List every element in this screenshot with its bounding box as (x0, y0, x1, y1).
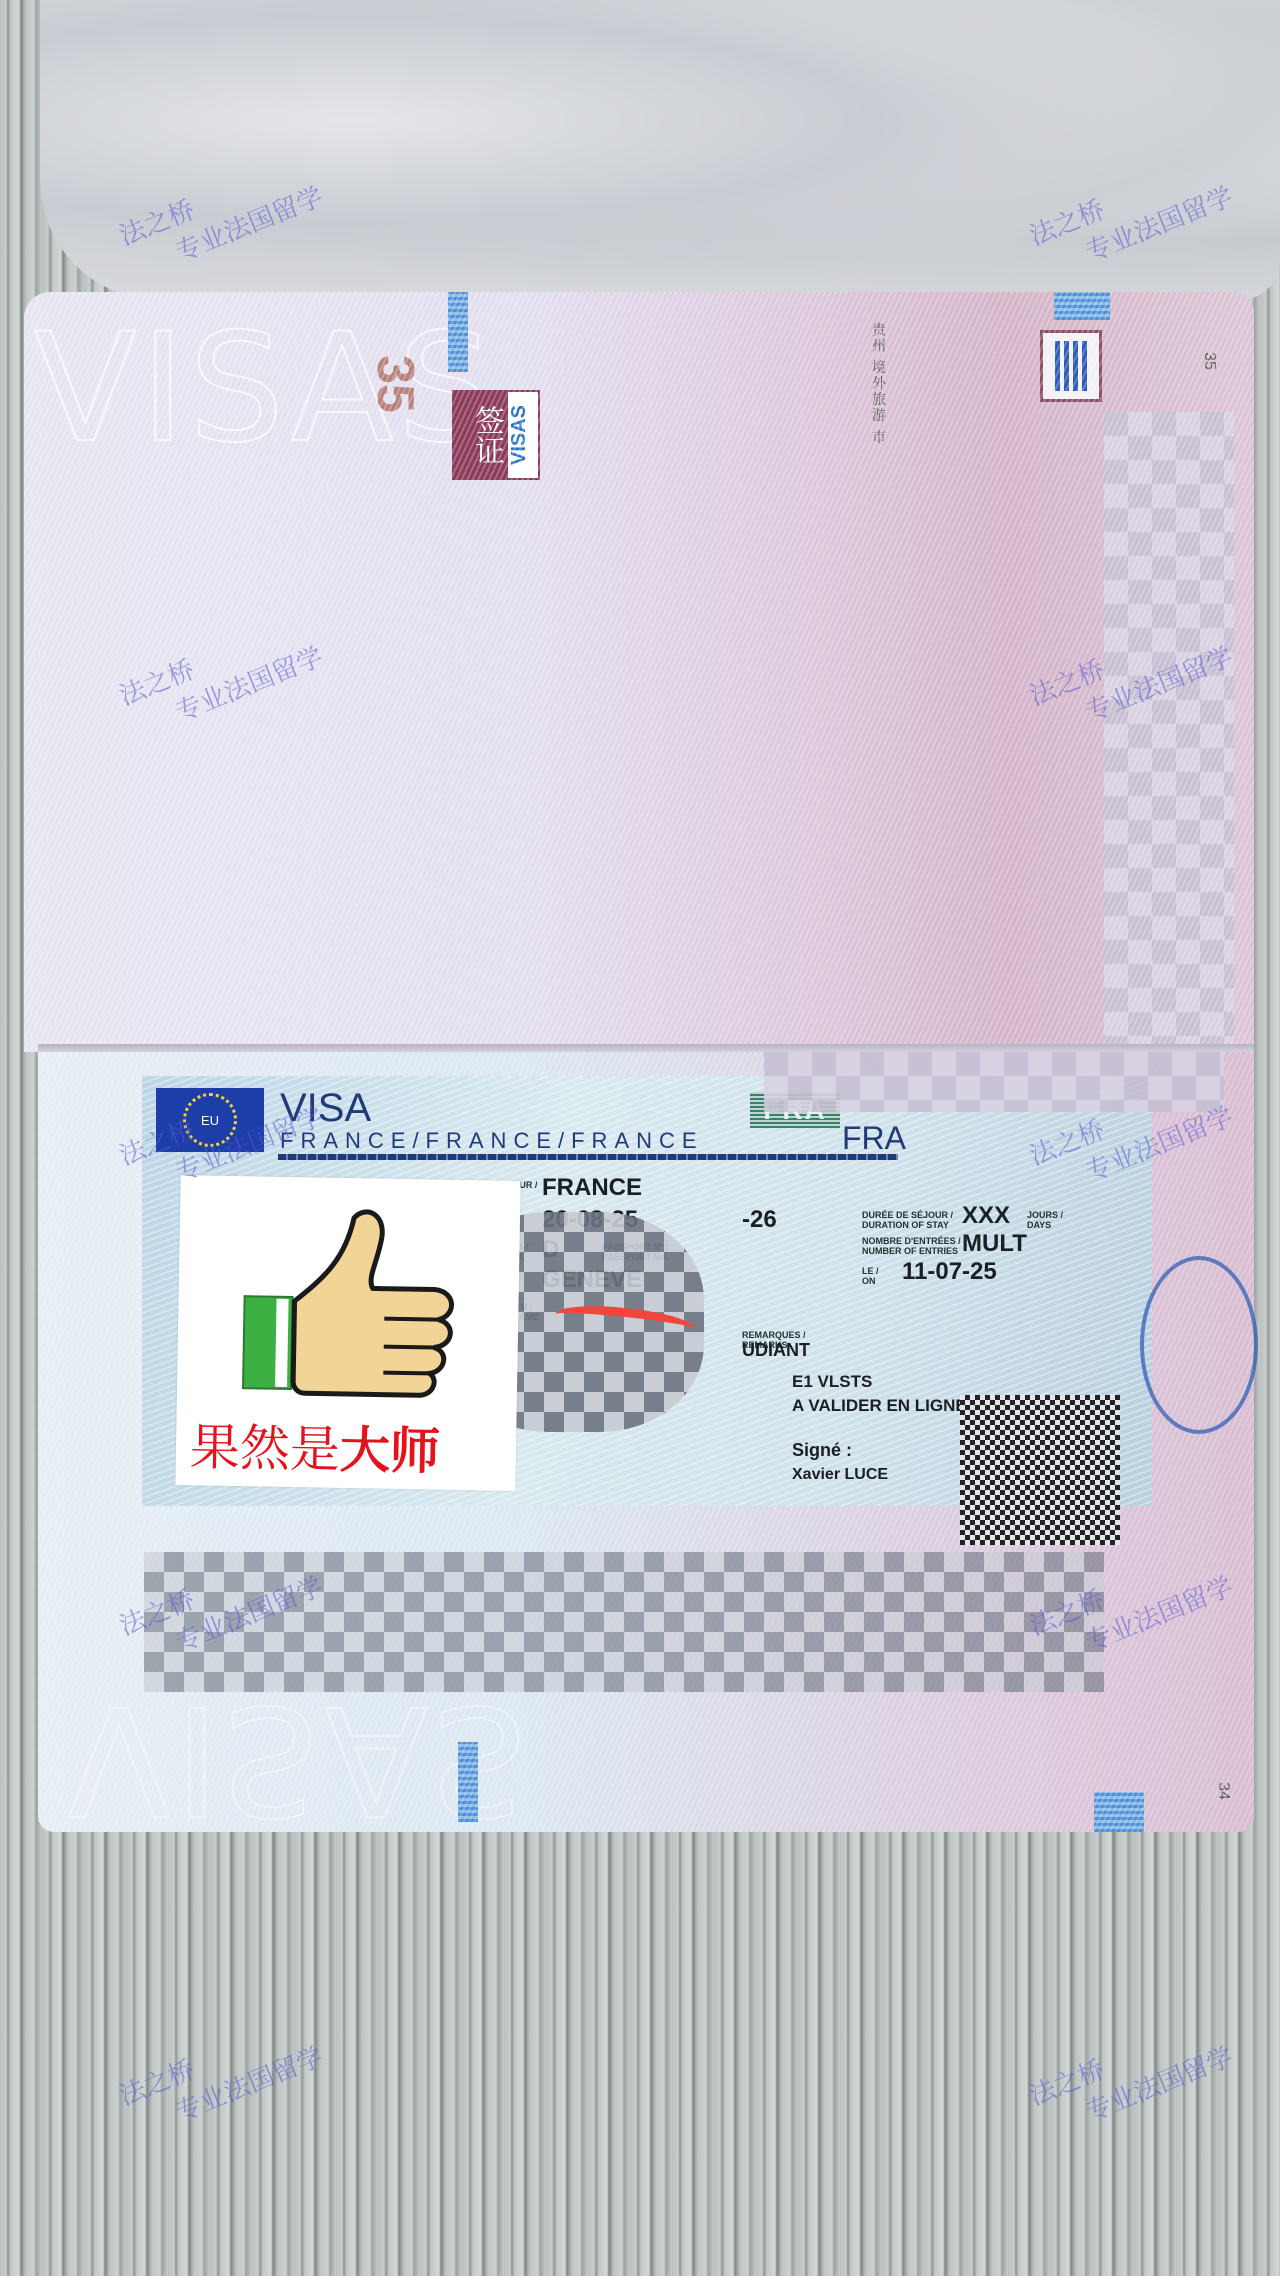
page-number-large: 35 (365, 355, 425, 413)
badge-en: VISAS (508, 392, 538, 478)
background-visas-text: VISAS (68, 1672, 531, 1832)
entries-value: MULT (962, 1230, 1027, 1258)
duration-value: XXX (962, 1202, 1010, 1230)
duration-label: DURÉE DE SÉJOUR / DURATION OF STAY (862, 1210, 962, 1230)
remarks-line-2: E1 VLSTS (792, 1372, 872, 1392)
page-number-small: 35 (1200, 352, 1218, 370)
vertical-caption: 贵州 境外旅游 市 (869, 322, 889, 446)
signer-name: Xavier LUCE (792, 1466, 888, 1484)
watermark: 法之桥专业法国留学 (114, 2005, 328, 2147)
fra-code: FRA (842, 1120, 906, 1157)
eu-flag-icon: EU (156, 1088, 264, 1152)
visa-title: VISA (280, 1086, 371, 1131)
security-strip (458, 1742, 478, 1822)
emblem-icon (1040, 330, 1102, 402)
visa-country-line: FRANCE/FRANCE/FRANCE (280, 1128, 704, 1154)
passport: VISAS 35 签证 VISAS 贵州 境外旅游 市 35 VISAS 34 … (24, 292, 1254, 1832)
cloth-background (40, 0, 1280, 300)
duration-unit: JOURS / DAYS (1027, 1210, 1077, 1230)
pixelated-region (764, 1052, 1224, 1112)
thumbs-up-icon (233, 1206, 466, 1400)
qr-code (960, 1395, 1120, 1545)
issue-date-label: LE / ON (862, 1266, 892, 1286)
stamp-mark (1140, 1256, 1258, 1434)
sticker-caption: 果然是大师 (189, 1407, 440, 1483)
visas-badge: 签证 VISAS (452, 390, 540, 480)
valid-until-date: -26 (742, 1206, 777, 1234)
watermark: 法之桥专业法国留学 (1024, 2005, 1238, 2147)
remarks-value: UDIANT (742, 1340, 810, 1361)
remarks-line-3: A VALIDER EN LIGNE (792, 1396, 967, 1416)
issue-date-value: 11-07-25 (902, 1258, 997, 1286)
signed-label: Signé : (792, 1440, 852, 1461)
security-strip (1094, 1792, 1144, 1832)
background-visas-text: VISAS (34, 302, 497, 476)
security-strip (1054, 292, 1110, 320)
pixelated-region (1104, 412, 1234, 1052)
pixelated-mrz (144, 1552, 1104, 1692)
entries-label: NOMBRE D'ENTRÉES / NUMBER OF ENTRIES (862, 1236, 962, 1256)
valid-for-value: FRANCE (542, 1174, 642, 1202)
microprint-line (278, 1154, 898, 1160)
page-number-small: 34 (1214, 1782, 1232, 1800)
thumbs-up-sticker: 果然是大师 (175, 1175, 520, 1491)
security-strip (448, 292, 468, 372)
badge-cn: 签证 (454, 392, 508, 478)
passport-page-35: VISAS 35 签证 VISAS 贵州 境外旅游 市 35 (24, 292, 1254, 1052)
